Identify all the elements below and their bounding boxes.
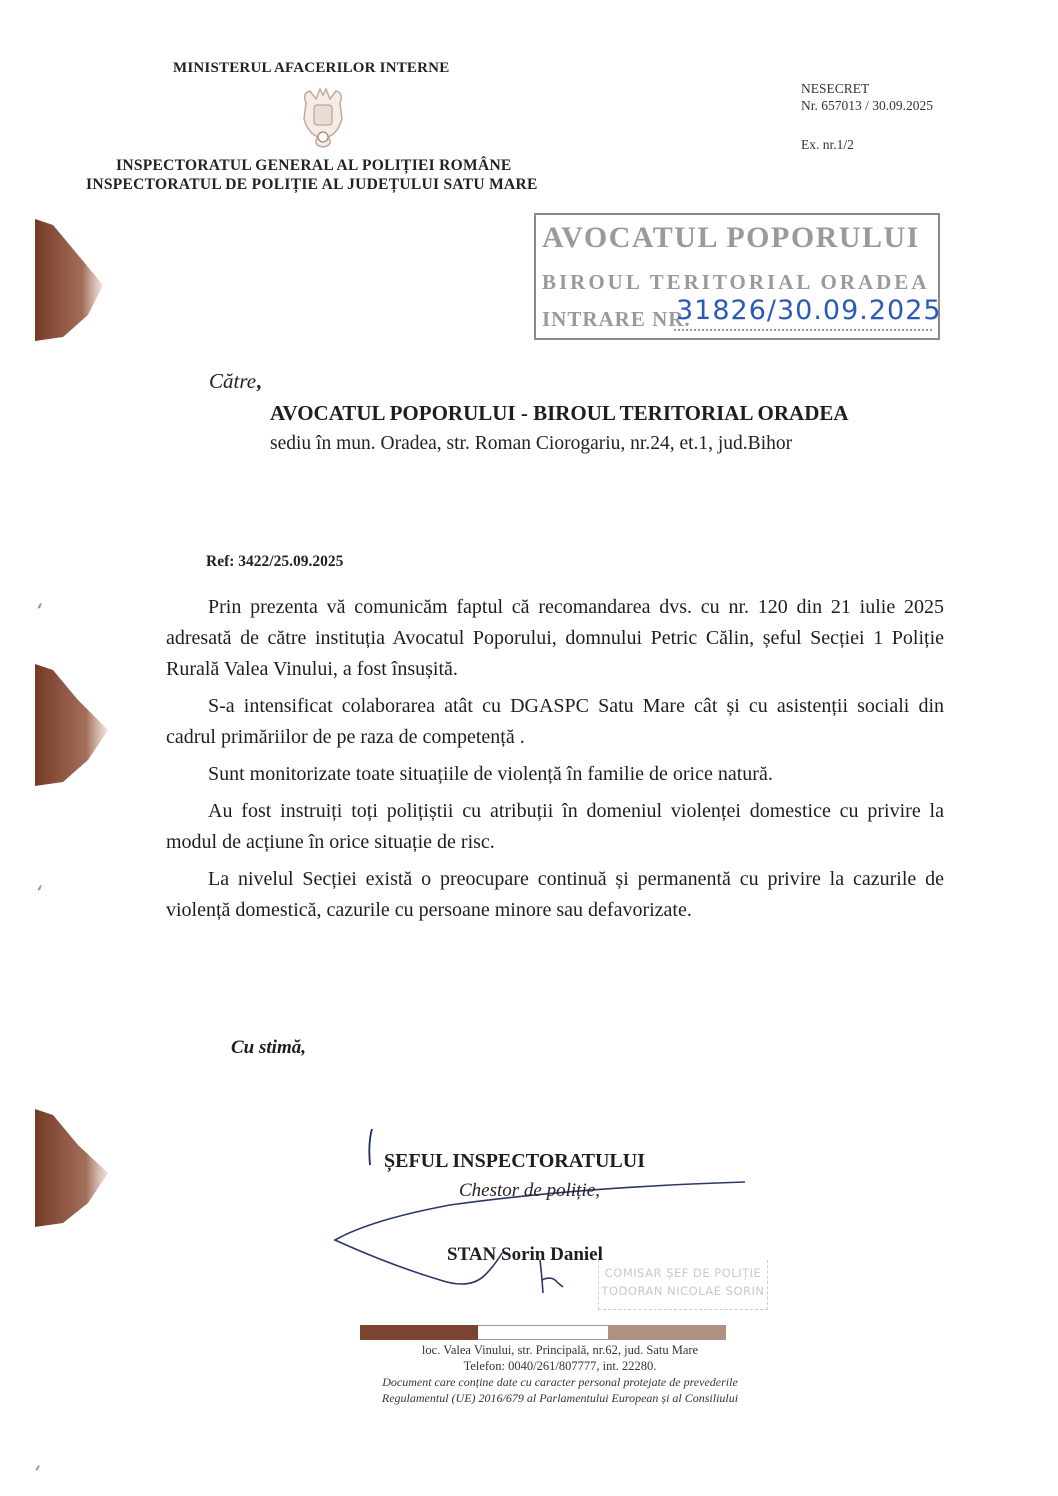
handwritten-registration-number: 31826/30.09.2025	[676, 295, 942, 326]
footer-gdpr-notice-line2: Regulamentul (UE) 2016/679 al Parlamentu…	[330, 1391, 790, 1406]
secondary-stamp-rank: COMISAR ȘEF DE POLIȚIE	[599, 1264, 767, 1282]
romanian-coat-of-arms-icon	[298, 85, 348, 149]
stamp-office: BIROUL TERITORIAL ORADEA	[542, 270, 929, 295]
body-paragraph: Prin prezenta vă comunicăm faptul că rec…	[166, 592, 944, 685]
scan-speck: ⸙	[36, 880, 44, 894]
body-paragraph: S-a intensificat colaborarea atât cu DGA…	[166, 691, 944, 753]
scan-punch-artifact	[33, 215, 111, 345]
stamp-entry-label: INTRARE NR.	[542, 307, 691, 332]
scan-speck: ⸙	[34, 1460, 42, 1474]
footer-phone: Telefon: 0040/261/807777, int. 22280.	[330, 1359, 790, 1374]
general-inspectorate-heading: INSPECTORATUL GENERAL AL POLIȚIEI ROMÂNE	[116, 157, 512, 175]
signatory-title: ȘEFUL INSPECTORATULUI	[384, 1150, 645, 1173]
scan-speck: ⸙	[36, 598, 44, 612]
addressee-name: AVOCATUL POPORULUI - BIROUL TERITORIAL O…	[270, 401, 849, 426]
footer-bar-segment	[360, 1325, 478, 1340]
classification-level: NESECRET	[801, 80, 933, 97]
addressee-address: sediu în mun. Oradea, str. Roman Cioroga…	[270, 433, 792, 455]
classification-block: NESECRET Nr. 657013 / 30.09.2025	[801, 80, 933, 114]
body-paragraph: Sunt monitorizate toate situațiile de vi…	[166, 759, 944, 790]
copy-number: Ex. nr.1/2	[801, 137, 854, 153]
footer-gdpr-notice-line1: Document care conține date cu caracter p…	[330, 1375, 790, 1390]
body-paragraph: La nivelul Secției există o preocupare c…	[166, 864, 944, 926]
secondary-stamp-name: TODORAN NICOLAE SORIN	[599, 1282, 767, 1300]
body-paragraph: Au fost instruiți toți polițiștii cu atr…	[166, 796, 944, 858]
ministry-heading: MINISTERUL AFACERILOR INTERNE	[173, 60, 449, 77]
footer-bar-segment	[478, 1325, 608, 1340]
footer-address: loc. Valea Vinului, str. Principală, nr.…	[330, 1343, 790, 1358]
addressee-salutation: Către,	[209, 369, 261, 394]
document-number: Nr. 657013 / 30.09.2025	[801, 97, 933, 114]
scan-punch-artifact	[33, 1105, 111, 1230]
footer-color-bar	[360, 1325, 726, 1340]
closing-salutation: Cu stimă,	[231, 1037, 306, 1059]
signatory-rank: Chestor de poliție,	[459, 1180, 600, 1202]
stamp-dotted-line	[674, 329, 932, 331]
signatory-name: STAN Sorin Daniel	[447, 1244, 603, 1266]
secondary-officer-stamp: COMISAR ȘEF DE POLIȚIE TODORAN NICOLAE S…	[598, 1260, 768, 1310]
county-inspectorate-heading: INSPECTORATUL DE POLIȚIE AL JUDEȚULUI SA…	[86, 176, 538, 194]
registration-stamp: AVOCATUL POPORULUI BIROUL TERITORIAL ORA…	[534, 213, 940, 340]
footer-bar-segment	[608, 1325, 726, 1340]
reference-number: Ref: 3422/25.09.2025	[206, 553, 343, 571]
scan-punch-artifact	[33, 660, 111, 790]
stamp-institution: AVOCATUL POPORULUI	[542, 221, 920, 255]
letter-body: Prin prezenta vă comunicăm faptul că rec…	[166, 592, 944, 926]
